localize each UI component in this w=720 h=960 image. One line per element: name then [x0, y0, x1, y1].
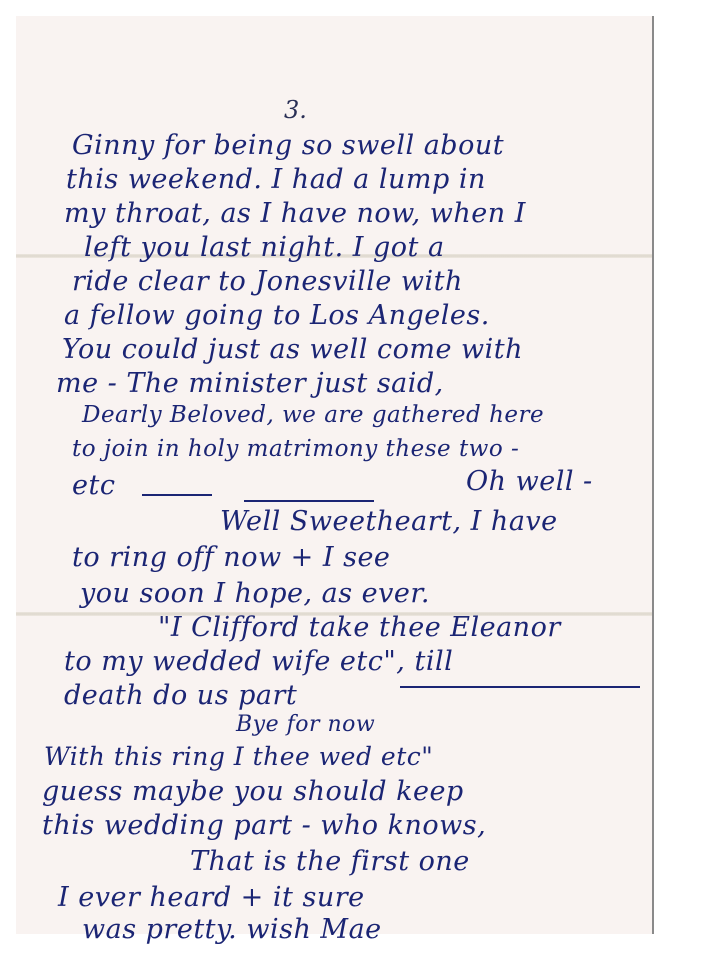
- letter-line: me - The minister just said,: [56, 368, 444, 399]
- page-number: 3.: [284, 96, 307, 124]
- letter-line: That is the first one: [190, 846, 470, 877]
- letter-line: a fellow going to Los Angeles.: [64, 300, 490, 331]
- letter-line: Ginny for being so swell about: [72, 130, 504, 161]
- letter-line: You could just as well come with: [62, 334, 523, 365]
- letter-line: to my wedded wife etc", till: [64, 646, 453, 677]
- dash-rule: [244, 500, 374, 502]
- letter-line: etc: [72, 470, 115, 501]
- letter-line: I ever heard + it sure: [58, 882, 365, 913]
- letter-line: "I Clifford take thee Eleanor: [158, 612, 561, 643]
- letter-line: this weekend. I had a lump in: [66, 164, 486, 195]
- letter-line: left you last night. I got a: [84, 232, 445, 263]
- letter-line: Bye for now: [236, 712, 375, 737]
- dash-rule: [400, 686, 640, 688]
- letter-line: death do us part: [64, 680, 297, 711]
- letter-line: With this ring I thee wed etc": [44, 742, 433, 771]
- letter-line: Well Sweetheart, I have: [220, 506, 558, 537]
- letter-line: Dearly Beloved, we are gathered here: [82, 402, 544, 428]
- letter-line: Oh well -: [466, 466, 593, 497]
- letter-line: my throat, as I have now, when I: [64, 198, 526, 229]
- letter-line: this wedding part - who knows,: [42, 810, 486, 841]
- dash-rule: [142, 494, 212, 496]
- letter-line: to join in holy matrimony these two -: [72, 436, 519, 462]
- letter-line: was pretty. wish Mae: [82, 914, 382, 945]
- letter-line: to ring off now + I see: [72, 542, 390, 573]
- letter-line: guess maybe you should keep: [42, 776, 464, 807]
- letter-line: ride clear to Jonesville with: [72, 266, 463, 297]
- letter-line: you soon I hope, as ever.: [80, 578, 430, 609]
